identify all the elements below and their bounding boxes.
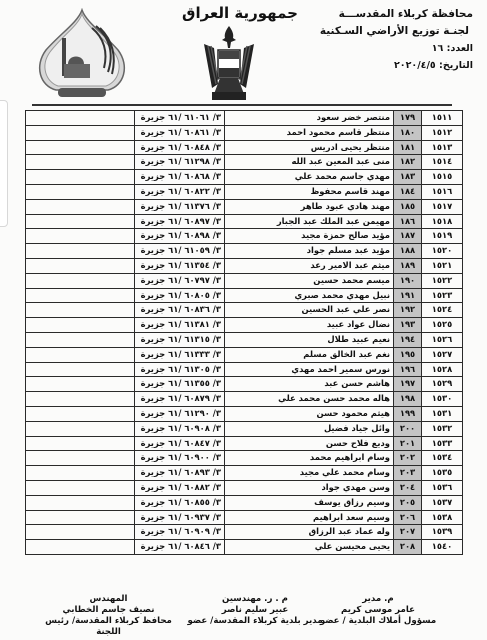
sequence-cell: ١٩٠ xyxy=(394,273,422,288)
name-cell: وله عماد عبد الرزاق xyxy=(225,525,394,540)
shrine-logo-icon xyxy=(34,8,130,100)
notes-cell xyxy=(26,125,135,140)
plot-cell: ٣/ ٦٠٨٠٥ /٦١ جزيرة xyxy=(135,288,225,303)
serial-cell: ١٥١٥ xyxy=(422,170,463,185)
table-row: ١٥٣٦٢٠٤وسن مهدي جواد٣/ ٦٠٨٨٢ /٦١ جزيرة xyxy=(26,480,463,495)
notes-cell xyxy=(26,406,135,421)
notes-cell xyxy=(26,199,135,214)
serial-cell: ١٥٣٤ xyxy=(422,451,463,466)
document-page: محافظة كربلاء المقدســـة لجنـة توزيع الأ… xyxy=(0,0,487,640)
plot-cell: ٣/ ٦٠٧٩٧ /٦١ جزيرة xyxy=(135,273,225,288)
serial-cell: ١٥٣٣ xyxy=(422,436,463,451)
serial-cell: ١٥٢٢ xyxy=(422,273,463,288)
sequence-cell: ٢٠٨ xyxy=(394,540,422,555)
table-row: ١٥١٦١٨٤مهند قاسم محفوظ٣/ ٦٠٨٢٢ /٦١ جزيرة xyxy=(26,184,463,199)
serial-cell: ١٥٣٢ xyxy=(422,421,463,436)
signature-name: عبير سليم ناصر xyxy=(185,605,325,616)
signature-block-2: م . ر. مهندسين عبير سليم ناصر مدير بلدية… xyxy=(185,594,325,627)
table-row: ١٥٣٥٢٠٣وسام محمد علي مجيد٣/ ٦٠٨٩٣ /٦١ جز… xyxy=(26,466,463,481)
name-cell: نبيل مهدي محمد صبري xyxy=(225,288,394,303)
table-row: ١٥٢٣١٩١نبيل مهدي محمد صبري٣/ ٦٠٨٠٥ /٦١ ج… xyxy=(26,288,463,303)
notes-cell xyxy=(26,451,135,466)
table-row: ١٥٢٧١٩٥نغم عبد الخالق مسلم٣/ ٦١٣٣٣ /٦١ ج… xyxy=(26,347,463,362)
table-row: ١٥١٤١٨٢منى عبد المعين عبد الله٣/ ٦١٢٩٨ /… xyxy=(26,155,463,170)
table-row: ١٥١٩١٨٧مؤيد صالح حمزة مجيد٣/ ٦٠٨٩٨ /٦١ ج… xyxy=(26,229,463,244)
sequence-cell: ٢٠٠ xyxy=(394,421,422,436)
notes-cell xyxy=(26,540,135,555)
land-distribution-table: ١٥١١١٧٩منتصر خضر سعود٣/ ٦١٠٦١ /٦١ جزيرة١… xyxy=(25,110,463,555)
table-row: ١٥٢٠١٨٨مؤيد عبد مسلم جواد٣/ ٦١٠٥٩ /٦١ جز… xyxy=(26,244,463,259)
serial-cell: ١٥٣٩ xyxy=(422,525,463,540)
serial-cell: ١٥٣٧ xyxy=(422,495,463,510)
serial-cell: ١٥١٣ xyxy=(422,140,463,155)
signature-block-1: م. مدير عامر موسى كريم مسؤول أملاك البلد… xyxy=(313,594,443,627)
notes-cell xyxy=(26,184,135,199)
serial-cell: ١٥١٦ xyxy=(422,184,463,199)
sequence-cell: ١٨٤ xyxy=(394,184,422,199)
serial-cell: ١٥٢٣ xyxy=(422,288,463,303)
notes-cell xyxy=(26,214,135,229)
table-row: ١٥١٥١٨٣مهدي جاسم محمد علي٣/ ٦٠٨٦٨ /٦١ جز… xyxy=(26,170,463,185)
table-row: ١٥٣٠١٩٨هاله محمد حسن محمد علي٣/ ٦٠٨٧٩ /٦… xyxy=(26,392,463,407)
notes-cell xyxy=(26,229,135,244)
sequence-cell: ١٨٧ xyxy=(394,229,422,244)
serial-cell: ١٥٣٠ xyxy=(422,392,463,407)
serial-cell: ١٥٣١ xyxy=(422,406,463,421)
plot-cell: ٣/ ٦٠٩٣٧ /٦١ جزيرة xyxy=(135,510,225,525)
name-cell: وسيم رزاق يوسف xyxy=(225,495,394,510)
serial-cell: ١٥١٩ xyxy=(422,229,463,244)
sequence-cell: ٢٠٦ xyxy=(394,510,422,525)
serial-cell: ١٥٣٦ xyxy=(422,480,463,495)
table-row: ١٥٢٤١٩٢نصر علي عبد الحسين٣/ ٦٠٨٣٦ /٦١ جز… xyxy=(26,303,463,318)
serial-cell: ١٥٢٥ xyxy=(422,318,463,333)
notes-cell xyxy=(26,436,135,451)
plot-cell: ٣/ ٦٠٨٥٥ /٦١ جزيرة xyxy=(135,495,225,510)
governorate-name: محافظة كربلاء المقدســـة xyxy=(313,6,473,22)
sequence-cell: ١٩٧ xyxy=(394,377,422,392)
table-row: ١٥٣٢٢٠٠وائل جياد فضيل٣/ ٦٠٩٠٨ /٦١ جزيرة xyxy=(26,421,463,436)
notes-cell xyxy=(26,244,135,259)
name-cell: مهدي جاسم محمد علي xyxy=(225,170,394,185)
serial-cell: ١٥٢٠ xyxy=(422,244,463,259)
signature-name: نصيف جاسم الخطابي xyxy=(36,605,181,616)
plot-cell: ٣/ ٦٠٩٠٩ /٦١ جزيرة xyxy=(135,525,225,540)
table-row: ١٥٢٢١٩٠ميسم محمد حسين٣/ ٦٠٧٩٧ /٦١ جزيرة xyxy=(26,273,463,288)
sequence-cell: ١٩٦ xyxy=(394,362,422,377)
notes-cell xyxy=(26,480,135,495)
serial-cell: ١٥٢٦ xyxy=(422,332,463,347)
notes-cell xyxy=(26,510,135,525)
plot-cell: ٣/ ٦١٣٠٥ /٦١ جزيرة xyxy=(135,362,225,377)
table-row: ١٥٣٤٢٠٢وسام ابراهيم محمد٣/ ٦٠٩٠٠ /٦١ جزي… xyxy=(26,451,463,466)
notes-cell xyxy=(26,525,135,540)
notes-cell xyxy=(26,362,135,377)
table-row: ١٥٢٩١٩٧هاشم حسن عبد٣/ ٦١٣٥٥ /٦١ جزيرة xyxy=(26,377,463,392)
table-row: ١٥١٢١٨٠منتظر قاسم محمود احمد٣/ ٦٠٨٦١ /٦١… xyxy=(26,125,463,140)
plot-cell: ٣/ ٦٠٨٧٩ /٦١ جزيرة xyxy=(135,392,225,407)
signature-title: م. مدير xyxy=(313,594,443,605)
notes-cell xyxy=(26,303,135,318)
name-cell: وسيم سعد ابراهيم xyxy=(225,510,394,525)
signature-role: محافظ كربلاء المقدسة/ رئيس اللجنة xyxy=(36,616,181,638)
plot-cell: ٣/ ٦١٣٧٦ /٦١ جزيرة xyxy=(135,199,225,214)
serial-cell: ١٥٣٥ xyxy=(422,466,463,481)
name-cell: ميثم عبد الامير رعد xyxy=(225,258,394,273)
plot-cell: ٣/ ٦٠٨٢٢ /٦١ جزيرة xyxy=(135,184,225,199)
name-cell: نضال عواد عبيد xyxy=(225,318,394,333)
notes-cell xyxy=(26,332,135,347)
name-cell: هاشم حسن عبد xyxy=(225,377,394,392)
table-row: ١٥٣٧٢٠٥وسيم رزاق يوسف٣/ ٦٠٨٥٥ /٦١ جزيرة xyxy=(26,495,463,510)
sequence-cell: ٢٠٤ xyxy=(394,480,422,495)
serial-cell: ١٥٢١ xyxy=(422,258,463,273)
sequence-cell: ١٩٩ xyxy=(394,406,422,421)
sequence-cell: ١٩٤ xyxy=(394,332,422,347)
name-cell: مهند قاسم محفوظ xyxy=(225,184,394,199)
plot-cell: ٣/ ٦١٢٩٠ /٦١ جزيرة xyxy=(135,406,225,421)
serial-cell: ١٥٤٠ xyxy=(422,540,463,555)
plot-cell: ٣/ ٦٠٨٣٦ /٦١ جزيرة xyxy=(135,303,225,318)
plot-cell: ٣/ ٦١٣٥٤ /٦١ جزيرة xyxy=(135,258,225,273)
table-row: ١٥٣٩٢٠٧وله عماد عبد الرزاق٣/ ٦٠٩٠٩ /٦١ ج… xyxy=(26,525,463,540)
serial-cell: ١٥١١ xyxy=(422,111,463,126)
sequence-cell: ٢٠٥ xyxy=(394,495,422,510)
name-cell: نصر علي عبد الحسين xyxy=(225,303,394,318)
name-cell: وديع فلاح حسن xyxy=(225,436,394,451)
plot-cell: ٣/ ٦١٠٦١ /٦١ جزيرة xyxy=(135,111,225,126)
plot-cell: ٣/ ٦١٠٥٩ /٦١ جزيرة xyxy=(135,244,225,259)
sequence-cell: ١٨٦ xyxy=(394,214,422,229)
name-cell: منتصر خضر سعود xyxy=(225,111,394,126)
notes-cell xyxy=(26,377,135,392)
notes-cell xyxy=(26,318,135,333)
name-cell: ميسم محمد حسين xyxy=(225,273,394,288)
side-panel-edge xyxy=(0,100,8,227)
sequence-cell: ١٧٩ xyxy=(394,111,422,126)
sequence-cell: ١٩٨ xyxy=(394,392,422,407)
plot-cell: ٣/ ٦٠٨٦١ /٦١ جزيرة xyxy=(135,125,225,140)
document-number: العدد: ١٦ xyxy=(313,40,473,57)
serial-cell: ١٥١٢ xyxy=(422,125,463,140)
serial-cell: ١٥١٤ xyxy=(422,155,463,170)
plot-cell: ٣/ ٦٠٩٠٨ /٦١ جزيرة xyxy=(135,421,225,436)
notes-cell xyxy=(26,273,135,288)
name-cell: منتظر قاسم محمود احمد xyxy=(225,125,394,140)
table-row: ١٥١١١٧٩منتصر خضر سعود٣/ ٦١٠٦١ /٦١ جزيرة xyxy=(26,111,463,126)
header-divider xyxy=(32,104,452,106)
signature-title: المهندس xyxy=(36,594,181,605)
serial-cell: ١٥١٨ xyxy=(422,214,463,229)
name-cell: مهيمن عبد الملك عبد الجبار xyxy=(225,214,394,229)
sequence-cell: ١٩٢ xyxy=(394,303,422,318)
notes-cell xyxy=(26,170,135,185)
document-date: التاريخ: ٢٠٢٠/٤/٥ xyxy=(313,57,473,74)
table-row: ١٥٢٦١٩٤نعيم عبيد طلال٣/ ٦١٣١٥ /٦١ جزيرة xyxy=(26,332,463,347)
signature-block-3: المهندس نصيف جاسم الخطابي محافظ كربلاء ا… xyxy=(36,594,181,638)
table-row: ١٥٢٨١٩٦نورس سمير احمد مهدي٣/ ٦١٣٠٥ /٦١ ج… xyxy=(26,362,463,377)
name-cell: منتظر يحيى ادريس xyxy=(225,140,394,155)
serial-cell: ١٥٢٩ xyxy=(422,377,463,392)
sequence-cell: ٢٠٣ xyxy=(394,466,422,481)
plot-cell: ٣/ ٦٠٨٩٣ /٦١ جزيرة xyxy=(135,466,225,481)
serial-cell: ١٥٢٤ xyxy=(422,303,463,318)
signature-name: عامر موسى كريم xyxy=(313,605,443,616)
table-row: ١٥١٣١٨١منتظر يحيى ادريس٣/ ٦٠٨٤٨ /٦١ جزير… xyxy=(26,140,463,155)
sequence-cell: ١٨٥ xyxy=(394,199,422,214)
plot-cell: ٣/ ٦٠٨٦٨ /٦١ جزيرة xyxy=(135,170,225,185)
notes-cell xyxy=(26,421,135,436)
plot-cell: ٣/ ٦٠٨٩٧ /٦١ جزيرة xyxy=(135,214,225,229)
sequence-cell: ١٨٣ xyxy=(394,170,422,185)
plot-cell: ٣/ ٦٠٨٨٢ /٦١ جزيرة xyxy=(135,480,225,495)
name-cell: يحيى محيسن علي xyxy=(225,540,394,555)
plot-cell: ٣/ ٦٠٨٩٨ /٦١ جزيرة xyxy=(135,229,225,244)
name-cell: هاله محمد حسن محمد علي xyxy=(225,392,394,407)
name-cell: نورس سمير احمد مهدي xyxy=(225,362,394,377)
sequence-cell: ١٩٣ xyxy=(394,318,422,333)
committee-name: لجنـة توزيع الأراضي السـكنية xyxy=(313,22,473,40)
notes-cell xyxy=(26,347,135,362)
name-cell: وسام ابراهيم محمد xyxy=(225,451,394,466)
table-row: ١٥٢٥١٩٣نضال عواد عبيد٣/ ٦١٣٨١ /٦١ جزيرة xyxy=(26,318,463,333)
plot-cell: ٣/ ٦٠٨٤٨ /٦١ جزيرة xyxy=(135,140,225,155)
plot-cell: ٣/ ٦١٣٨١ /٦١ جزيرة xyxy=(135,318,225,333)
sequence-cell: ١٨٢ xyxy=(394,155,422,170)
serial-cell: ١٥٢٨ xyxy=(422,362,463,377)
name-cell: وسام محمد علي مجيد xyxy=(225,466,394,481)
plot-cell: ٣/ ٦٠٩٠٠ /٦١ جزيرة xyxy=(135,451,225,466)
serial-cell: ١٥٢٧ xyxy=(422,347,463,362)
signature-title: م . ر. مهندسين xyxy=(185,594,325,605)
name-cell: وائل جياد فضيل xyxy=(225,421,394,436)
sequence-cell: ٢٠١ xyxy=(394,436,422,451)
name-cell: نعيم عبيد طلال xyxy=(225,332,394,347)
serial-cell: ١٥١٧ xyxy=(422,199,463,214)
sequence-cell: ٢٠٢ xyxy=(394,451,422,466)
notes-cell xyxy=(26,288,135,303)
plot-cell: ٣/ ٦٠٨٤٦ /٦١ جزيرة xyxy=(135,540,225,555)
sequence-cell: ١٨٠ xyxy=(394,125,422,140)
notes-cell xyxy=(26,466,135,481)
plot-cell: ٣/ ٦١٢٩٨ /٦١ جزيرة xyxy=(135,155,225,170)
serial-cell: ١٥٣٨ xyxy=(422,510,463,525)
plot-cell: ٣/ ٦١٣٥٥ /٦١ جزيرة xyxy=(135,377,225,392)
table-row: ١٥٣١١٩٩هيثم محمود حسن٣/ ٦١٢٩٠ /٦١ جزيرة xyxy=(26,406,463,421)
name-cell: نغم عبد الخالق مسلم xyxy=(225,347,394,362)
name-cell: مؤيد عبد مسلم جواد xyxy=(225,244,394,259)
table-row: ١٥٣٨٢٠٦وسيم سعد ابراهيم٣/ ٦٠٩٣٧ /٦١ جزير… xyxy=(26,510,463,525)
signature-role: مسؤول أملاك البلدية / عضو xyxy=(313,616,443,627)
plot-cell: ٣/ ٦٠٨٤٧ /٦١ جزيرة xyxy=(135,436,225,451)
notes-cell xyxy=(26,155,135,170)
plot-cell: ٣/ ٦١٣٣٣ /٦١ جزيرة xyxy=(135,347,225,362)
notes-cell xyxy=(26,258,135,273)
name-cell: مؤيد صالح حمزة مجيد xyxy=(225,229,394,244)
table-row: ١٥١٧١٨٥مهند هادي عبود طاهر٣/ ٦١٣٧٦ /٦١ ج… xyxy=(26,199,463,214)
sequence-cell: ١٨٩ xyxy=(394,258,422,273)
sequence-cell: ١٩١ xyxy=(394,288,422,303)
table-row: ١٥٢١١٨٩ميثم عبد الامير رعد٣/ ٦١٣٥٤ /٦١ ج… xyxy=(26,258,463,273)
table-row: ١٥٤٠٢٠٨يحيى محيسن علي٣/ ٦٠٨٤٦ /٦١ جزيرة xyxy=(26,540,463,555)
table-row: ١٥١٨١٨٦مهيمن عبد الملك عبد الجبار٣/ ٦٠٨٩… xyxy=(26,214,463,229)
name-cell: مهند هادي عبود طاهر xyxy=(225,199,394,214)
letterhead-info: محافظة كربلاء المقدســـة لجنـة توزيع الأ… xyxy=(313,6,473,74)
plot-cell: ٣/ ٦١٣١٥ /٦١ جزيرة xyxy=(135,332,225,347)
name-cell: هيثم محمود حسن xyxy=(225,406,394,421)
notes-cell xyxy=(26,111,135,126)
sequence-cell: ١٨٨ xyxy=(394,244,422,259)
notes-cell xyxy=(26,392,135,407)
republic-title: جمهورية العراق xyxy=(180,4,300,22)
name-cell: وسن مهدي جواد xyxy=(225,480,394,495)
signature-role: مدير بلدية كربلاء المقدسة/ عضو xyxy=(185,616,325,627)
notes-cell xyxy=(26,140,135,155)
name-cell: منى عبد المعين عبد الله xyxy=(225,155,394,170)
sequence-cell: ٢٠٧ xyxy=(394,525,422,540)
sequence-cell: ١٨١ xyxy=(394,140,422,155)
notes-cell xyxy=(26,495,135,510)
iraq-eagle-emblem-icon xyxy=(200,24,258,102)
sequence-cell: ١٩٥ xyxy=(394,347,422,362)
table-row: ١٥٣٣٢٠١وديع فلاح حسن٣/ ٦٠٨٤٧ /٦١ جزيرة xyxy=(26,436,463,451)
